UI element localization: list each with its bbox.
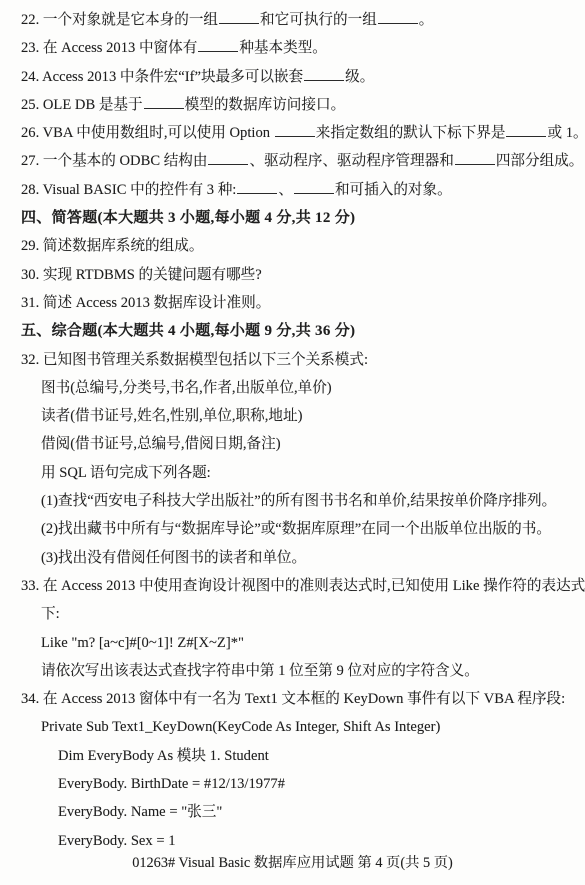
question-32-sql-intro: 用 SQL 语句完成下列各题: xyxy=(0,459,585,487)
text-segment: 27. 一个基本的 ODBC 结构由 xyxy=(21,153,207,169)
text-segment: Like "m? [a~c]#[0~1]! Z#[X~Z]*" xyxy=(41,635,244,651)
question-34-code-line-4: EveryBody. Name = "张三" xyxy=(0,798,585,826)
text-segment: EveryBody. Name = "张三" xyxy=(58,804,222,820)
text-segment: 28. Visual BASIC 中的控件有 3 种: xyxy=(21,182,236,198)
text-segment: 22. 一个对象就是它本身的一组 xyxy=(21,12,218,28)
text-segment: Dim EveryBody As 模块 1. Student xyxy=(58,748,269,764)
text-segment: (3)找出没有借阅任何图书的读者和单位。 xyxy=(41,550,306,566)
text-segment: 26. VBA 中使用数组时,可以使用 Option xyxy=(21,125,274,141)
text-segment: 和它可执行的一组 xyxy=(260,12,377,28)
text-segment: 33. 在 Access 2013 中使用查询设计视图中的准则表达式时,已知使用… xyxy=(21,578,585,594)
question-23: 23. 在 Access 2013 中窗体有种基本类型。 xyxy=(0,34,585,62)
question-32-sub-3: (3)找出没有借阅任何图书的读者和单位。 xyxy=(0,544,585,572)
text-segment: 23. 在 Access 2013 中窗体有 xyxy=(21,40,197,56)
answer-blank xyxy=(304,67,344,81)
question-30: 30. 实现 RTDBMS 的关键问题有哪些? xyxy=(0,261,585,289)
answer-blank xyxy=(219,10,259,24)
text-segment: 31. 简述 Access 2013 数据库设计准则。 xyxy=(21,295,270,311)
text-segment: 29. 简述数据库系统的组成。 xyxy=(21,238,203,254)
question-25: 25. OLE DB 是基于模型的数据库访问接口。 xyxy=(0,91,585,119)
question-34-code-line-1: Private Sub Text1_KeyDown(KeyCode As Int… xyxy=(0,713,585,741)
question-32-relation-book: 图书(总编号,分类号,书名,作者,出版单位,单价) xyxy=(0,374,585,402)
question-33-task: 请依次写出该表达式查找字符串中第 1 位至第 9 位对应的字符含义。 xyxy=(0,657,585,685)
answer-blank xyxy=(294,180,334,194)
question-28: 28. Visual BASIC 中的控件有 3 种:、和可插入的对象。 xyxy=(0,176,585,204)
page-footer: 01263# Visual Basic 数据库应用试题 第 4 页(共 5 页) xyxy=(0,849,585,877)
question-32-sub-2: (2)找出藏书中所有与“数据库导论”或“数据库原理”在同一个出版单位出版的书。 xyxy=(0,515,585,543)
text-segment: 。 xyxy=(419,12,434,28)
text-segment: 请依次写出该表达式查找字符串中第 1 位至第 9 位对应的字符含义。 xyxy=(41,663,479,679)
answer-blank xyxy=(237,180,277,194)
question-34-code-line-2: Dim EveryBody As 模块 1. Student xyxy=(0,742,585,770)
exam-page: 22. 一个对象就是它本身的一组和它可执行的一组。23. 在 Access 20… xyxy=(0,0,585,885)
text-segment: 四部分组成。 xyxy=(496,153,584,169)
answer-blank xyxy=(275,123,315,137)
section-5-header: 五、综合题(本大题共 4 小题,每小题 9 分,共 36 分) xyxy=(0,317,585,345)
text-segment: EveryBody. Sex = 1 xyxy=(58,833,176,849)
question-32: 32. 已知图书管理关系数据模型包括以下三个关系模式: xyxy=(0,346,585,374)
text-segment: 模型的数据库访问接口。 xyxy=(185,97,346,113)
question-33: 33. 在 Access 2013 中使用查询设计视图中的准则表达式时,已知使用… xyxy=(0,572,585,600)
question-33-like-expression: Like "m? [a~c]#[0~1]! Z#[X~Z]*" xyxy=(0,629,585,657)
text-segment: 34. 在 Access 2013 窗体中有一名为 Text1 文本框的 Key… xyxy=(21,691,565,707)
text-segment: 32. 已知图书管理关系数据模型包括以下三个关系模式: xyxy=(21,352,368,368)
question-33-continuation: 下: xyxy=(0,600,585,628)
text-segment: 五、综合题(本大题共 4 小题,每小题 9 分,共 36 分) xyxy=(21,323,355,339)
text-segment: 借阅(借书证号,总编号,借阅日期,备注) xyxy=(41,436,281,452)
section-4-header: 四、简答题(本大题共 3 小题,每小题 4 分,共 12 分) xyxy=(0,204,585,232)
text-segment: 种基本类型。 xyxy=(239,40,327,56)
question-32-sub-1: (1)查找“西安电子科技大学出版社”的所有图书书名和单价,结果按单价降序排列。 xyxy=(0,487,585,515)
question-27: 27. 一个基本的 ODBC 结构由、驱动程序、驱动程序管理器和四部分组成。 xyxy=(0,147,585,175)
answer-blank xyxy=(198,38,238,52)
text-segment: 、驱动程序、驱动程序管理器和 xyxy=(249,153,453,169)
document-body: 22. 一个对象就是它本身的一组和它可执行的一组。23. 在 Access 20… xyxy=(0,0,585,855)
text-segment: (2)找出藏书中所有与“数据库导论”或“数据库原理”在同一个出版单位出版的书。 xyxy=(41,521,551,537)
text-segment: 下: xyxy=(41,606,60,622)
text-segment: 24. Access 2013 中条件宏“If”块最多可以嵌套 xyxy=(21,69,303,85)
text-segment: 和可插入的对象。 xyxy=(335,182,452,198)
text-segment: 25. OLE DB 是基于 xyxy=(21,97,143,113)
text-segment: 来指定数组的默认下标下界是 xyxy=(316,125,506,141)
answer-blank xyxy=(208,151,248,165)
text-segment: 用 SQL 语句完成下列各题: xyxy=(41,465,211,481)
text-segment: 四、简答题(本大题共 3 小题,每小题 4 分,共 12 分) xyxy=(21,210,355,226)
text-segment: Private Sub Text1_KeyDown(KeyCode As Int… xyxy=(41,719,440,735)
question-32-relation-borrow: 借阅(借书证号,总编号,借阅日期,备注) xyxy=(0,430,585,458)
question-34: 34. 在 Access 2013 窗体中有一名为 Text1 文本框的 Key… xyxy=(0,685,585,713)
text-segment: 或 1。 xyxy=(547,125,585,141)
answer-blank xyxy=(144,95,184,109)
text-segment: 级。 xyxy=(345,69,374,85)
text-segment: 读者(借书证号,姓名,性别,单位,职称,地址) xyxy=(41,408,302,424)
question-22: 22. 一个对象就是它本身的一组和它可执行的一组。 xyxy=(0,6,585,34)
text-segment: EveryBody. BirthDate = #12/13/1977# xyxy=(58,776,285,792)
text-segment: 、 xyxy=(278,182,293,198)
text-segment: (1)查找“西安电子科技大学出版社”的所有图书书名和单价,结果按单价降序排列。 xyxy=(41,493,556,509)
answer-blank xyxy=(455,151,495,165)
question-32-relation-reader: 读者(借书证号,姓名,性别,单位,职称,地址) xyxy=(0,402,585,430)
question-34-code-line-3: EveryBody. BirthDate = #12/13/1977# xyxy=(0,770,585,798)
question-24: 24. Access 2013 中条件宏“If”块最多可以嵌套级。 xyxy=(0,63,585,91)
question-26: 26. VBA 中使用数组时,可以使用 Option 来指定数组的默认下标下界是… xyxy=(0,119,585,147)
question-29: 29. 简述数据库系统的组成。 xyxy=(0,232,585,260)
text-segment: 图书(总编号,分类号,书名,作者,出版单位,单价) xyxy=(41,380,332,396)
text-segment: 30. 实现 RTDBMS 的关键问题有哪些? xyxy=(21,267,262,283)
answer-blank xyxy=(378,10,418,24)
answer-blank xyxy=(506,123,546,137)
question-31: 31. 简述 Access 2013 数据库设计准则。 xyxy=(0,289,585,317)
